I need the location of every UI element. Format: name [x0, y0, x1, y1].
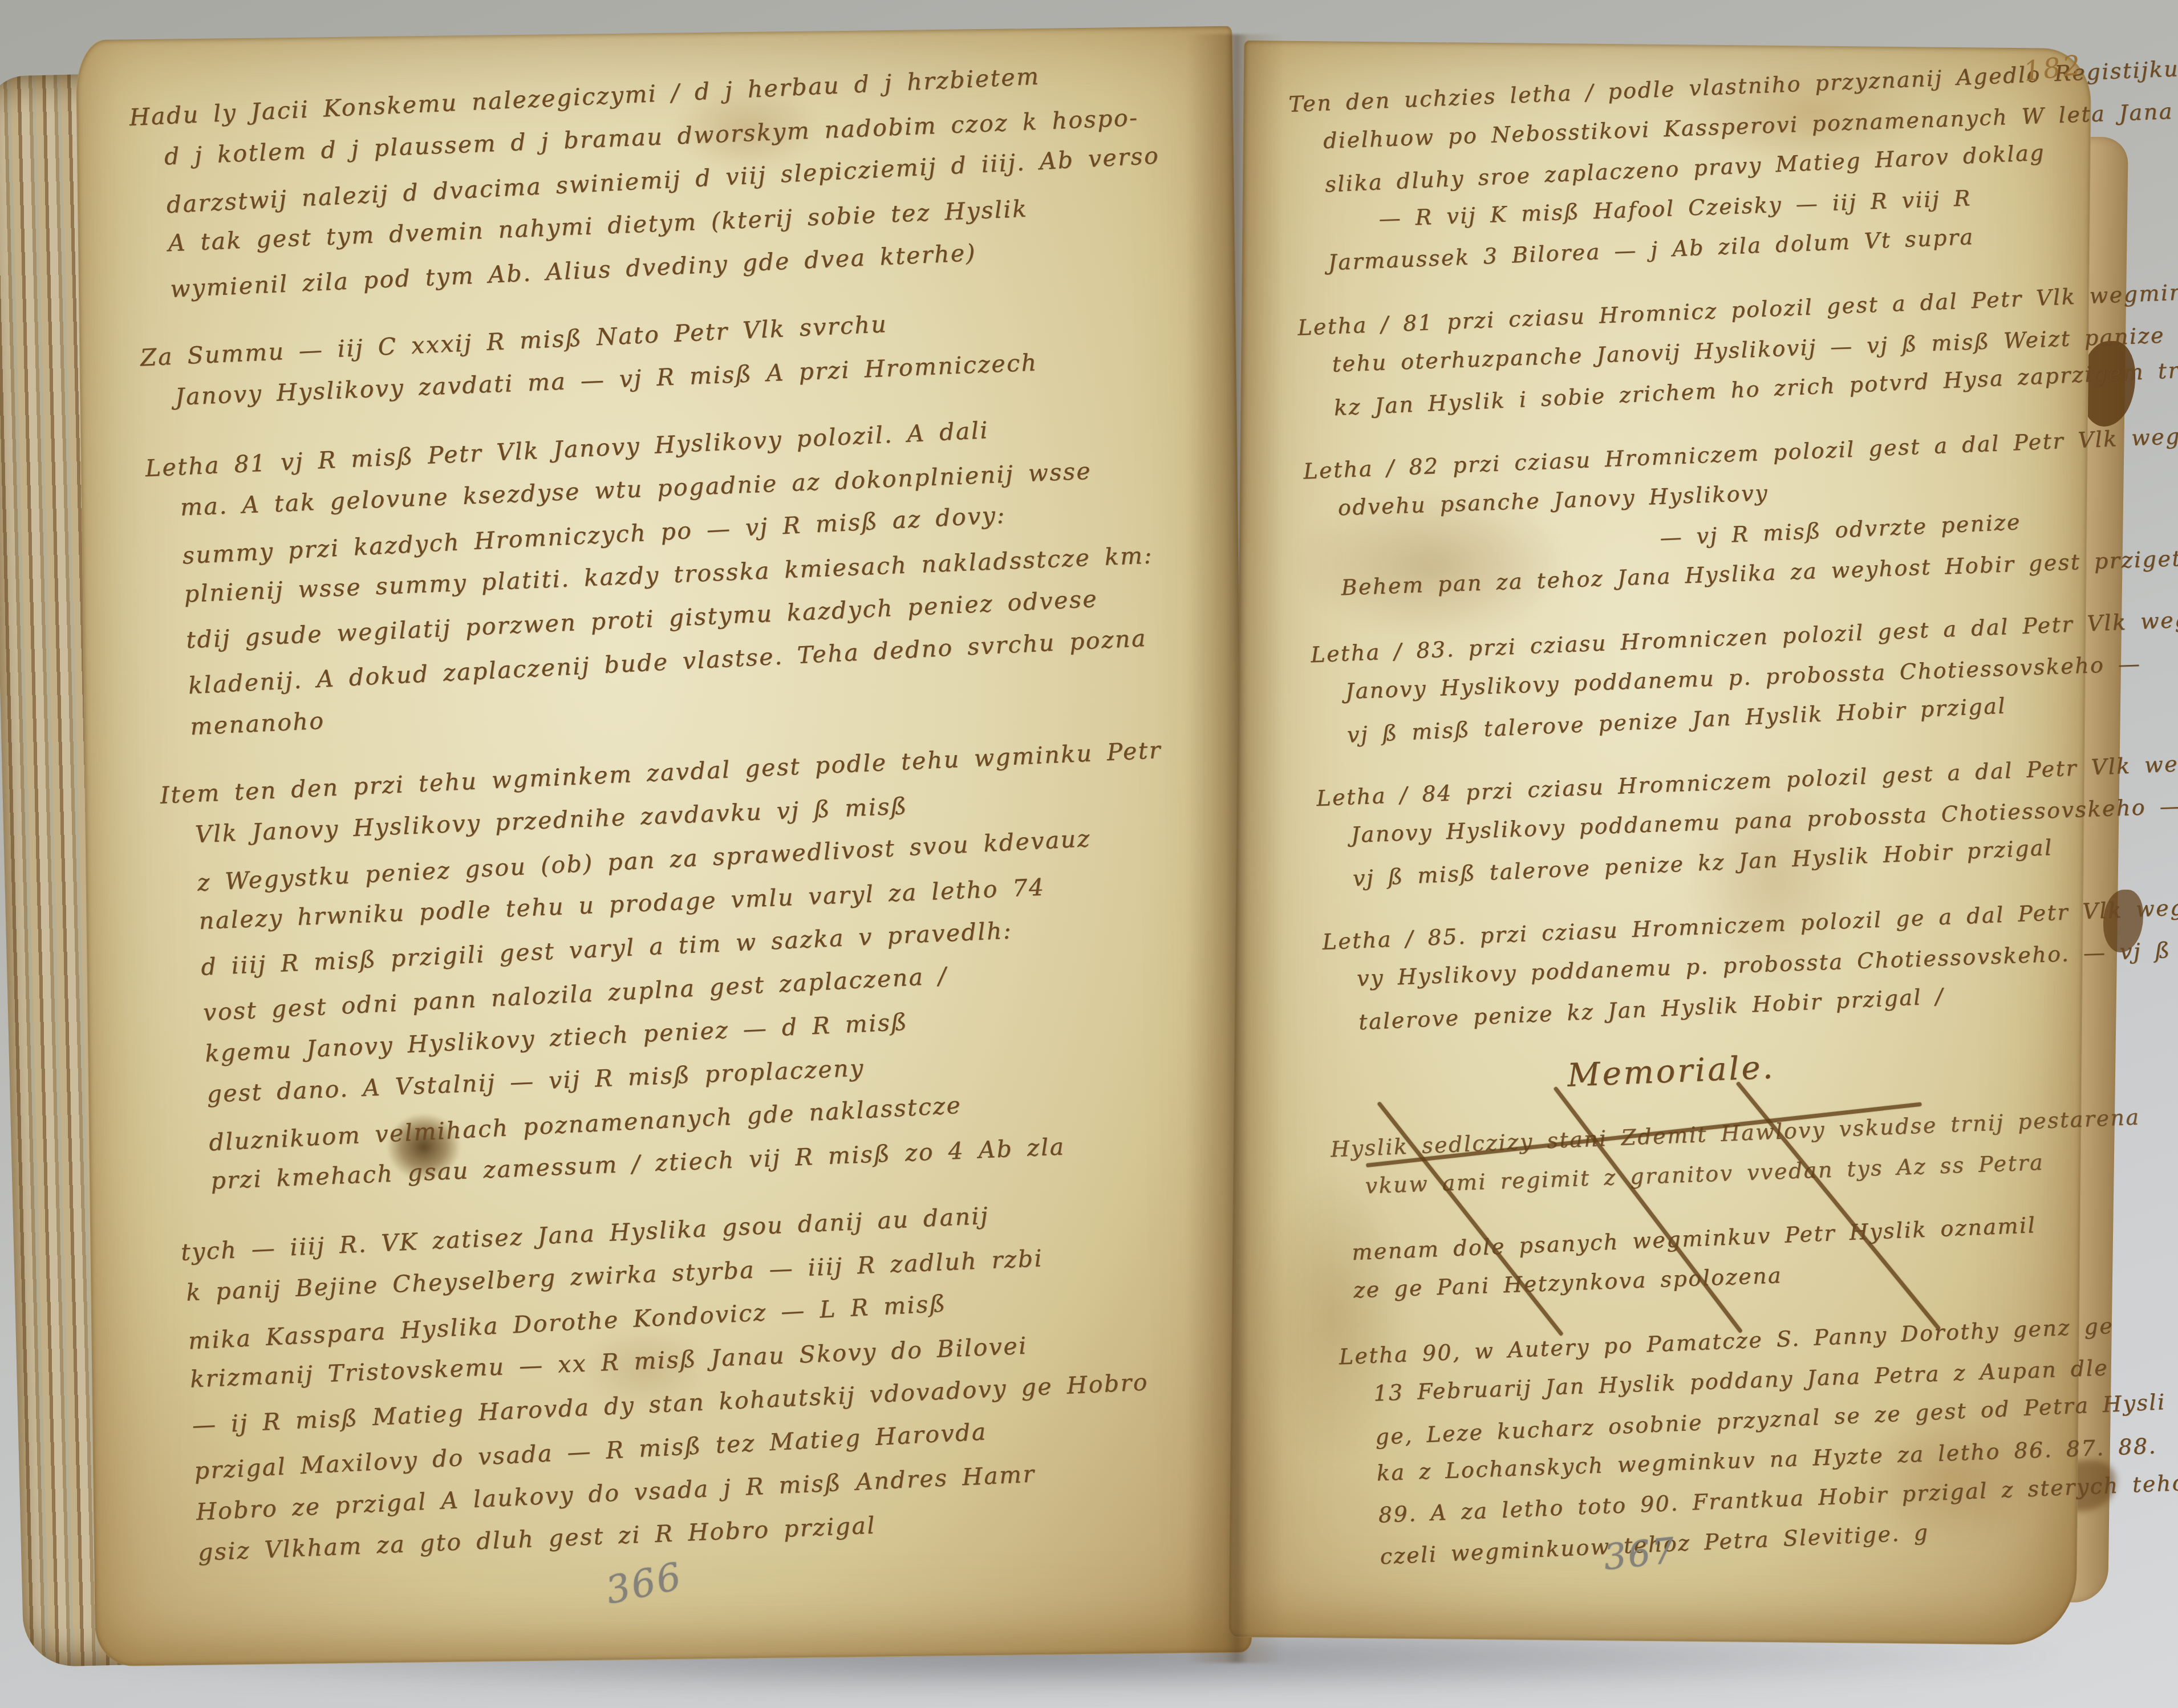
- manuscript-line: Memoriale.: [1567, 1033, 2138, 1096]
- manuscript-section-letha-84-entry: Letha / 84 przi cziasu Hromniczem polozi…: [1316, 746, 2130, 898]
- left-page-text: Hadu ly Jacii Konskemu nalezegiczymi / d…: [128, 47, 1279, 1601]
- manuscript-section-letha-83-entry: Letha / 83. przi cziasu Hromniczen poloz…: [1310, 602, 2124, 754]
- manuscript-section-memoriale-heading: Memoriale.: [1327, 1033, 2138, 1106]
- manuscript-section-opening-entry-r: Ten den uchzies letha / podle vlastniho …: [1288, 52, 2105, 284]
- manuscript-photo: Hadu ly Jacii Konskemu nalezegiczymi / d…: [0, 0, 2178, 1708]
- manuscript-section-item-entry: Item ten den przi tehu wgminkem zavdal g…: [159, 725, 1262, 1207]
- manuscript-section-summa-entry: Za Summu — iij C xxxij R misß Nato Petr …: [139, 287, 1226, 423]
- manuscript-section-memoriale-cancelled: Hyslik sedlczizy stani Zdemit Hawlovy vs…: [1330, 1097, 2142, 1210]
- manuscript-section-letha-82-entry: Letha / 82 przi cziasu Hromniczem polozi…: [1303, 419, 2118, 611]
- right-page-text: Ten den uchzies letha / podle vlastniho …: [1288, 52, 2158, 1600]
- manuscript-section-memoriale-note: menam dole psanych wegminkuv Petr Hyslik…: [1334, 1200, 2146, 1313]
- manuscript-section-letha-90-entry: Letha 90, w Autery po Pamatcze S. Panny …: [1338, 1304, 2157, 1576]
- manuscript-section-letha-81-entry-l: Letha 81 vj R misß Petr Vlk Janovy Hysli…: [144, 397, 1240, 750]
- manuscript-section-letha-85-entry: Letha / 85. przi cziasu Hromniczem poloz…: [1321, 890, 2135, 1042]
- pencil-page-number-right: 367: [1602, 1530, 1678, 1579]
- manuscript-section-debts-list: tych — iiij R. VK zatisez Jana Hyslika g…: [180, 1182, 1278, 1577]
- manuscript-section-letha-81-entry: Letha / 81 przi cziasu Hromnicz polozil …: [1297, 275, 2111, 428]
